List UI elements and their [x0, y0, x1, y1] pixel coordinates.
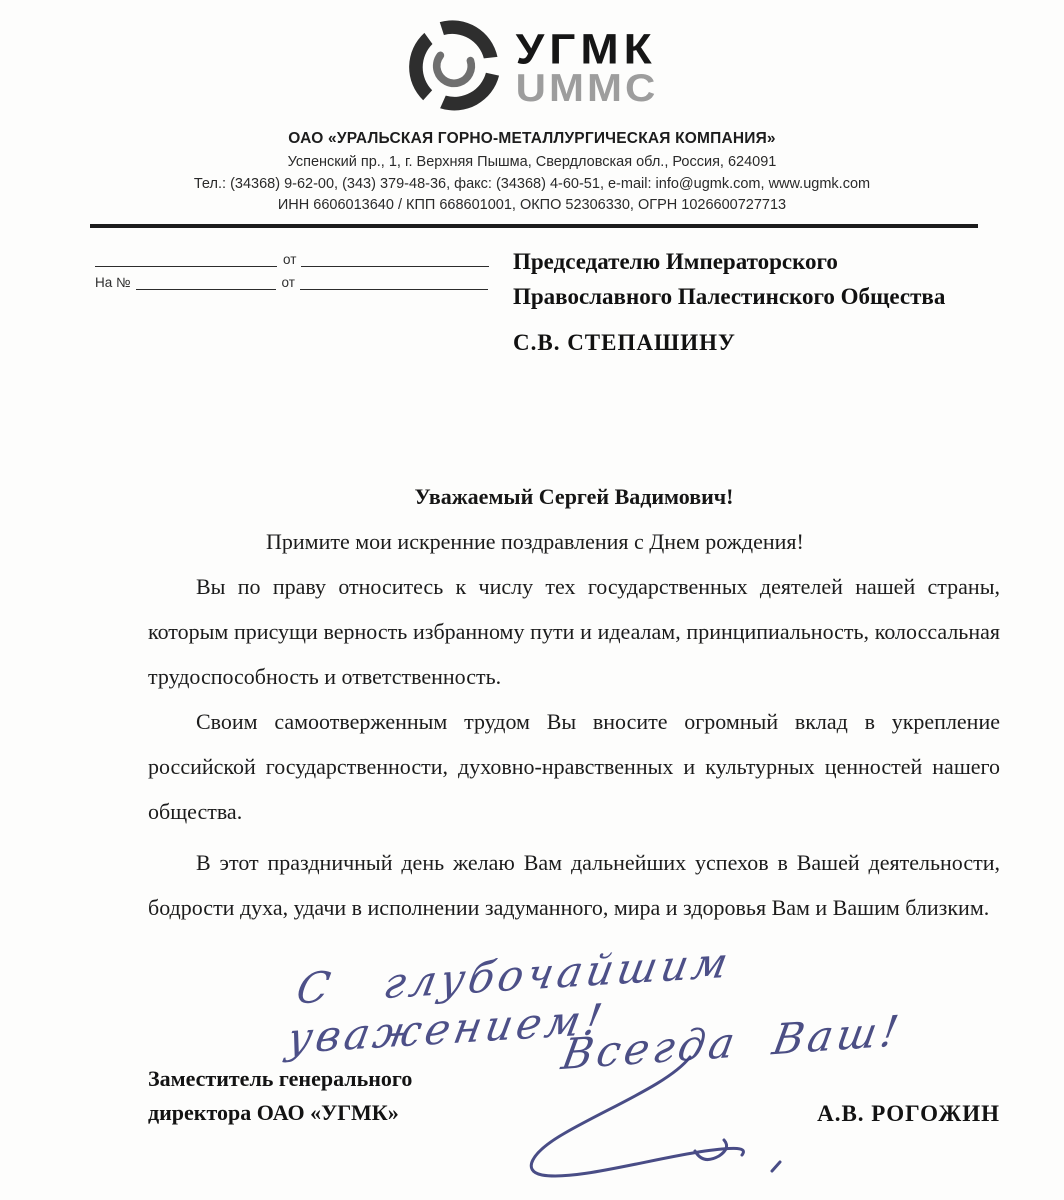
signature-scribble [520, 1055, 810, 1190]
recipient-title-line-1: Председателю Императорского [513, 244, 945, 279]
recipient-title-line-2: Православного Палестинского Общества [513, 279, 945, 314]
letter-body: Уважаемый Сергей Вадимович! Примите мои … [148, 474, 1000, 930]
reference-and-recipient: от На № от Председателю Императорского П… [0, 244, 1064, 314]
handwritten-closing-line-1: С глубочайшим уважением! [283, 919, 1040, 1063]
recipient-block: Председателю Императорского Православног… [495, 244, 945, 314]
recipient-name: С.В. СТЕПАШИНУ [0, 330, 1064, 356]
incoming-number-line: На № от [95, 267, 495, 290]
na-number-label: На № [95, 275, 136, 290]
salutation: Уважаемый Сергей Вадимович! [148, 474, 1000, 519]
letter-page: УГМК UMMC ОАО «УРАЛЬСКАЯ ГОРНО-МЕТАЛЛУРГ… [0, 0, 1064, 1200]
number-blank-field [95, 251, 277, 267]
letterhead-divider [90, 224, 978, 228]
date-blank-field [301, 251, 489, 267]
signer-name: А.В. РОГОЖИН [817, 1101, 1000, 1130]
outgoing-number-line: от [95, 244, 495, 267]
signer-position: Заместитель генерального директора ОАО «… [148, 1062, 412, 1130]
paragraph-3: Своим самоотверженным трудом Вы вносите … [148, 699, 1000, 834]
company-contacts: Тел.: (34368) 9-62-00, (343) 379-48-36, … [0, 174, 1064, 196]
company-logo: УГМК UMMC [0, 20, 1064, 116]
paragraph-4: В этот праздничный день желаю Вам дальне… [148, 840, 1000, 930]
signer-position-line-2: директора ОАО «УГМК» [148, 1096, 412, 1130]
reference-block: от На № от [95, 244, 495, 314]
letterhead: УГМК UMMC ОАО «УРАЛЬСКАЯ ГОРНО-МЕТАЛЛУРГ… [0, 0, 1064, 217]
incoming-number-blank-field [136, 274, 276, 290]
company-name: ОАО «УРАЛЬСКАЯ ГОРНО-МЕТАЛЛУРГИЧЕСКАЯ КО… [0, 130, 1064, 148]
signer-position-line-1: Заместитель генерального [148, 1062, 412, 1096]
logo-wordmark: УГМК UMMC [516, 29, 659, 107]
company-address: Успенский пр., 1, г. Верхняя Пышма, Свер… [0, 152, 1064, 174]
paragraph-1: Примите мои искренние поздравления с Дне… [148, 519, 1000, 564]
wordmark-cyrillic: УГМК [516, 31, 659, 68]
ugmk-swirl-logo-icon [406, 18, 502, 119]
ot-label-2: от [276, 275, 300, 290]
wordmark-latin: UMMC [516, 71, 659, 106]
ot-label-1: от [277, 252, 301, 267]
company-codes: ИНН 6606013640 / КПП 668601001, ОКПО 523… [0, 195, 1064, 217]
incoming-date-blank-field [300, 274, 488, 290]
paragraph-2: Вы по праву относитесь к числу тех госуд… [148, 564, 1000, 699]
